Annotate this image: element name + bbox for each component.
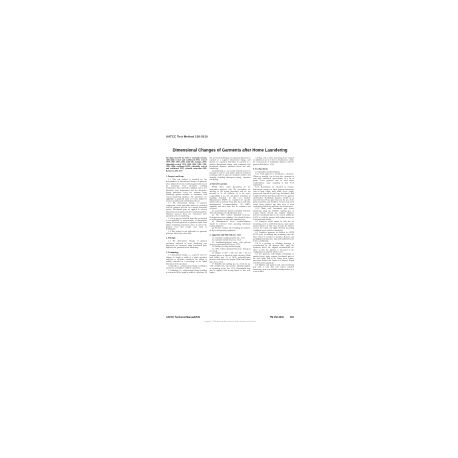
body-paragraph: 5.6 Ballast of 920 × 920 mm (36 × 36 in.…	[210, 252, 251, 263]
body-paragraph: 6.3 Condition garments as directed in AS…	[253, 231, 294, 242]
body-paragraph: 2.1 The dimensional changes of garment s…	[166, 240, 207, 249]
body-paragraph: Developed in 1971 by AATCC Committee RA4…	[166, 157, 207, 172]
document-columns: Developed in 1971 by AATCC Committee RA4…	[166, 157, 294, 314]
body-paragraph: 6.1.2 Benchmarks are intended to measure…	[253, 186, 294, 208]
body-paragraph: 6.6 Identify each garment and each bench…	[253, 264, 294, 273]
body-paragraph: 1.2 The dimensional changes of garment c…	[166, 202, 207, 217]
copyright-line: Copyright © 2011 American Association of…	[166, 321, 294, 323]
body-paragraph: 1.3 In its present technical form this t…	[166, 217, 207, 230]
document-header: AATCC Test Method 150-2010	[166, 135, 294, 138]
footer-method-number: TM 150-2010	[270, 316, 284, 319]
body-paragraph: 6.1.1 Each garment is considered a speci…	[253, 173, 294, 186]
body-paragraph: 6.4 If a pressing or finishing treatment…	[253, 242, 294, 253]
page-title: Dimensional Changes of Garments after Ho…	[166, 148, 294, 153]
body-paragraph: 5.7 Indelible ink marking pen (see 12.6)…	[210, 263, 251, 274]
document-page: AATCC Test Method 150-2010 Dimensional C…	[166, 135, 294, 325]
footer-manual-label: AATCC Technical Manual/2011	[166, 316, 200, 319]
body-paragraph: 1.4 This method is not applicable for ga…	[166, 230, 207, 234]
body-paragraph: 6.1.3 Mark each benchmark pair before la…	[253, 208, 294, 221]
body-paragraph: 5.8 Tape, rule or other measuring device…	[253, 157, 294, 166]
body-paragraph: 3.4 laundering, n.—of a textile material…	[210, 170, 251, 181]
body-paragraph: 1.1 This test method is intended for the…	[166, 178, 207, 202]
body-paragraph: 3.1 dimensional change, n.—a generic ter…	[166, 254, 207, 265]
page-canvas: AATCC Test Method 150-2010 Dimensional C…	[0, 0, 458, 458]
body-paragraph: NOTE: These safety precautions are for i…	[210, 186, 251, 210]
document-content: AATCC Test Method 150-2010 Dimensional C…	[166, 135, 294, 323]
footer-method-label: TM 150-2010 261	[270, 316, 294, 319]
body-paragraph: 6.2 Garments which cannot be laid flat f…	[253, 221, 294, 232]
body-paragraph: 4.4 Exercise caution when handling hot s…	[210, 227, 251, 231]
page-number: 261	[290, 316, 294, 319]
document-footer: AATCC Technical Manual/2011 TM 150-2010 …	[166, 316, 294, 319]
body-paragraph: 6.5 For garments with linings, interlini…	[253, 253, 294, 264]
